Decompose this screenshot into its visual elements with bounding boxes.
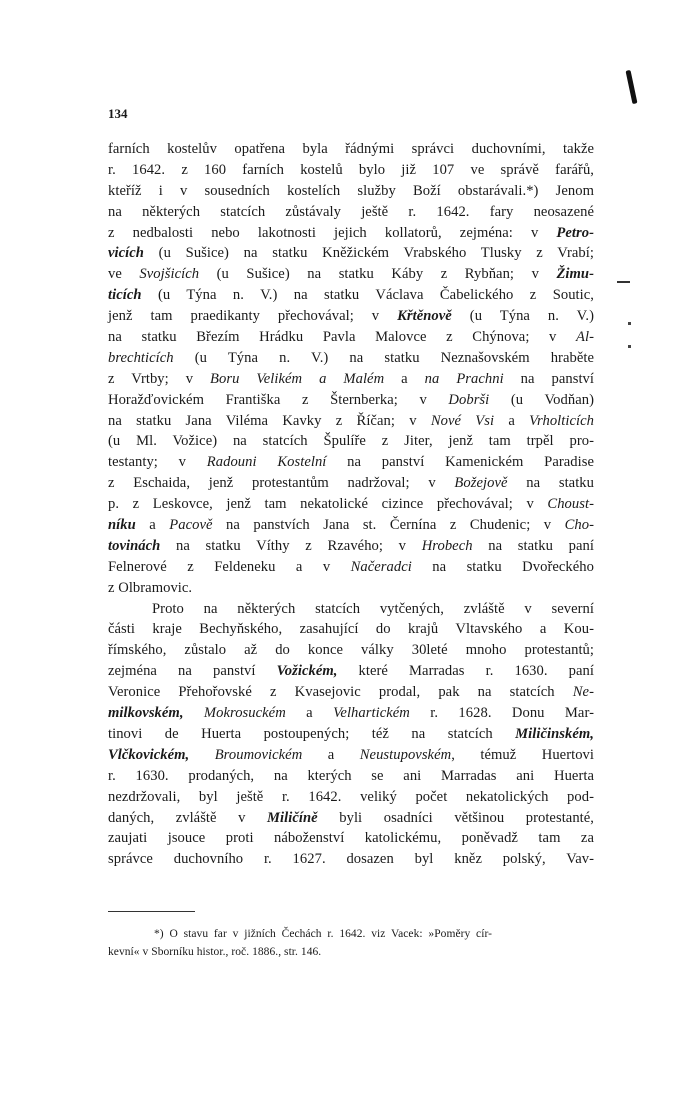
text-line: z Olbramovic.: [108, 578, 594, 599]
text-line: ticích (u Týna n. V.) na statku Václava …: [108, 285, 594, 306]
text-line: Horažďovickém Františka z Šternberka; v …: [108, 390, 594, 411]
margin-mark: [626, 70, 638, 104]
text-line: tinovi de Huerta postoupených; též na st…: [108, 724, 594, 745]
text-line: (u Ml. Vožice) na statcích Špulíře z Jit…: [108, 431, 594, 452]
text-line: části kraje Bechyňského, zasahující do k…: [108, 619, 594, 640]
text-line: jenž tam praedikanty přechovával; v Křtě…: [108, 306, 594, 327]
text-line: Vlčkovickém, Broumovickém a Neustupovské…: [108, 745, 594, 766]
paragraph-start: Proto na některých statcích vytčených, z…: [108, 599, 594, 620]
text-line: Veronice Přehořovské z Kvasejovic prodal…: [108, 682, 594, 703]
text-line: z nedbalosti nebo lakotnosti jejich koll…: [108, 223, 594, 244]
text-line: r. 1630. prodaných, na kterých se ani Ma…: [108, 766, 594, 787]
text-line: r. 1642. z 160 farních kostelů bylo již …: [108, 160, 594, 181]
text-line: nezdržovali, byl ještě r. 1642. veliký p…: [108, 787, 594, 808]
footnote-line: kevní« v Sborníku histor., roč. 1886., s…: [108, 943, 492, 961]
text-line: Felnerové z Feldeneku a v Načeradci na s…: [108, 557, 594, 578]
text-line: správce duchovního r. 1627. dosazen byl …: [108, 849, 594, 870]
text-line: na některých statcích zůstávaly ještě r.…: [108, 202, 594, 223]
text-line: tovinách na statku Víthy z Rzavého; v Hr…: [108, 536, 594, 557]
text-line: zaujati jsouce proti náboženství katolic…: [108, 828, 594, 849]
margin-dot: [628, 322, 631, 325]
text-line: brechticích (u Týna n. V.) na statku Nez…: [108, 348, 594, 369]
text-line: z Vrtby; v Boru Velikém a Malém a na Pra…: [108, 369, 594, 390]
text-line: testanty; v Radouni Kostelní na panství …: [108, 452, 594, 473]
body-text: farních kostelův opatřena byla řádnými s…: [108, 139, 594, 870]
text-line: na statku Jana Viléma Kavky z Říčan; v N…: [108, 411, 594, 432]
text-line: vicích (u Sušice) na statku Kněžickém Vr…: [108, 243, 594, 264]
page-number: 134: [108, 106, 128, 122]
text-line: farních kostelův opatřena byla řádnými s…: [108, 139, 594, 160]
text-line: římského, zůstalo až do konce války 30le…: [108, 640, 594, 661]
text-line: daných, zvláště v Miličíně byli osadníci…: [108, 808, 594, 829]
text-line: milkovském, Mokrosuckém a Velhartickém r…: [108, 703, 594, 724]
margin-dash: [617, 281, 630, 283]
margin-dot: [628, 345, 631, 348]
text-line: na statku Březím Hrádku Pavla Malovce z …: [108, 327, 594, 348]
text-line: z Eschaida, jenž protestantům nadržoval;…: [108, 473, 594, 494]
text-line: kteříž i v sousedních kostelích služby B…: [108, 181, 594, 202]
text-line: ve Svojšicích (u Sušice) na statku Káby …: [108, 264, 594, 285]
text-line: zejména na panství Vožickém, které Marra…: [108, 661, 594, 682]
text-line: p. z Leskovce, jenž tam nekatolické cizi…: [108, 494, 594, 515]
footnote: *) O stavu far v jižních Čechách r. 1642…: [108, 925, 492, 961]
footnote-line: *) O stavu far v jižních Čechách r. 1642…: [108, 925, 492, 943]
footnote-rule: [108, 911, 195, 912]
text-line: níku a Pacově na panstvích Jana st. Čern…: [108, 515, 594, 536]
